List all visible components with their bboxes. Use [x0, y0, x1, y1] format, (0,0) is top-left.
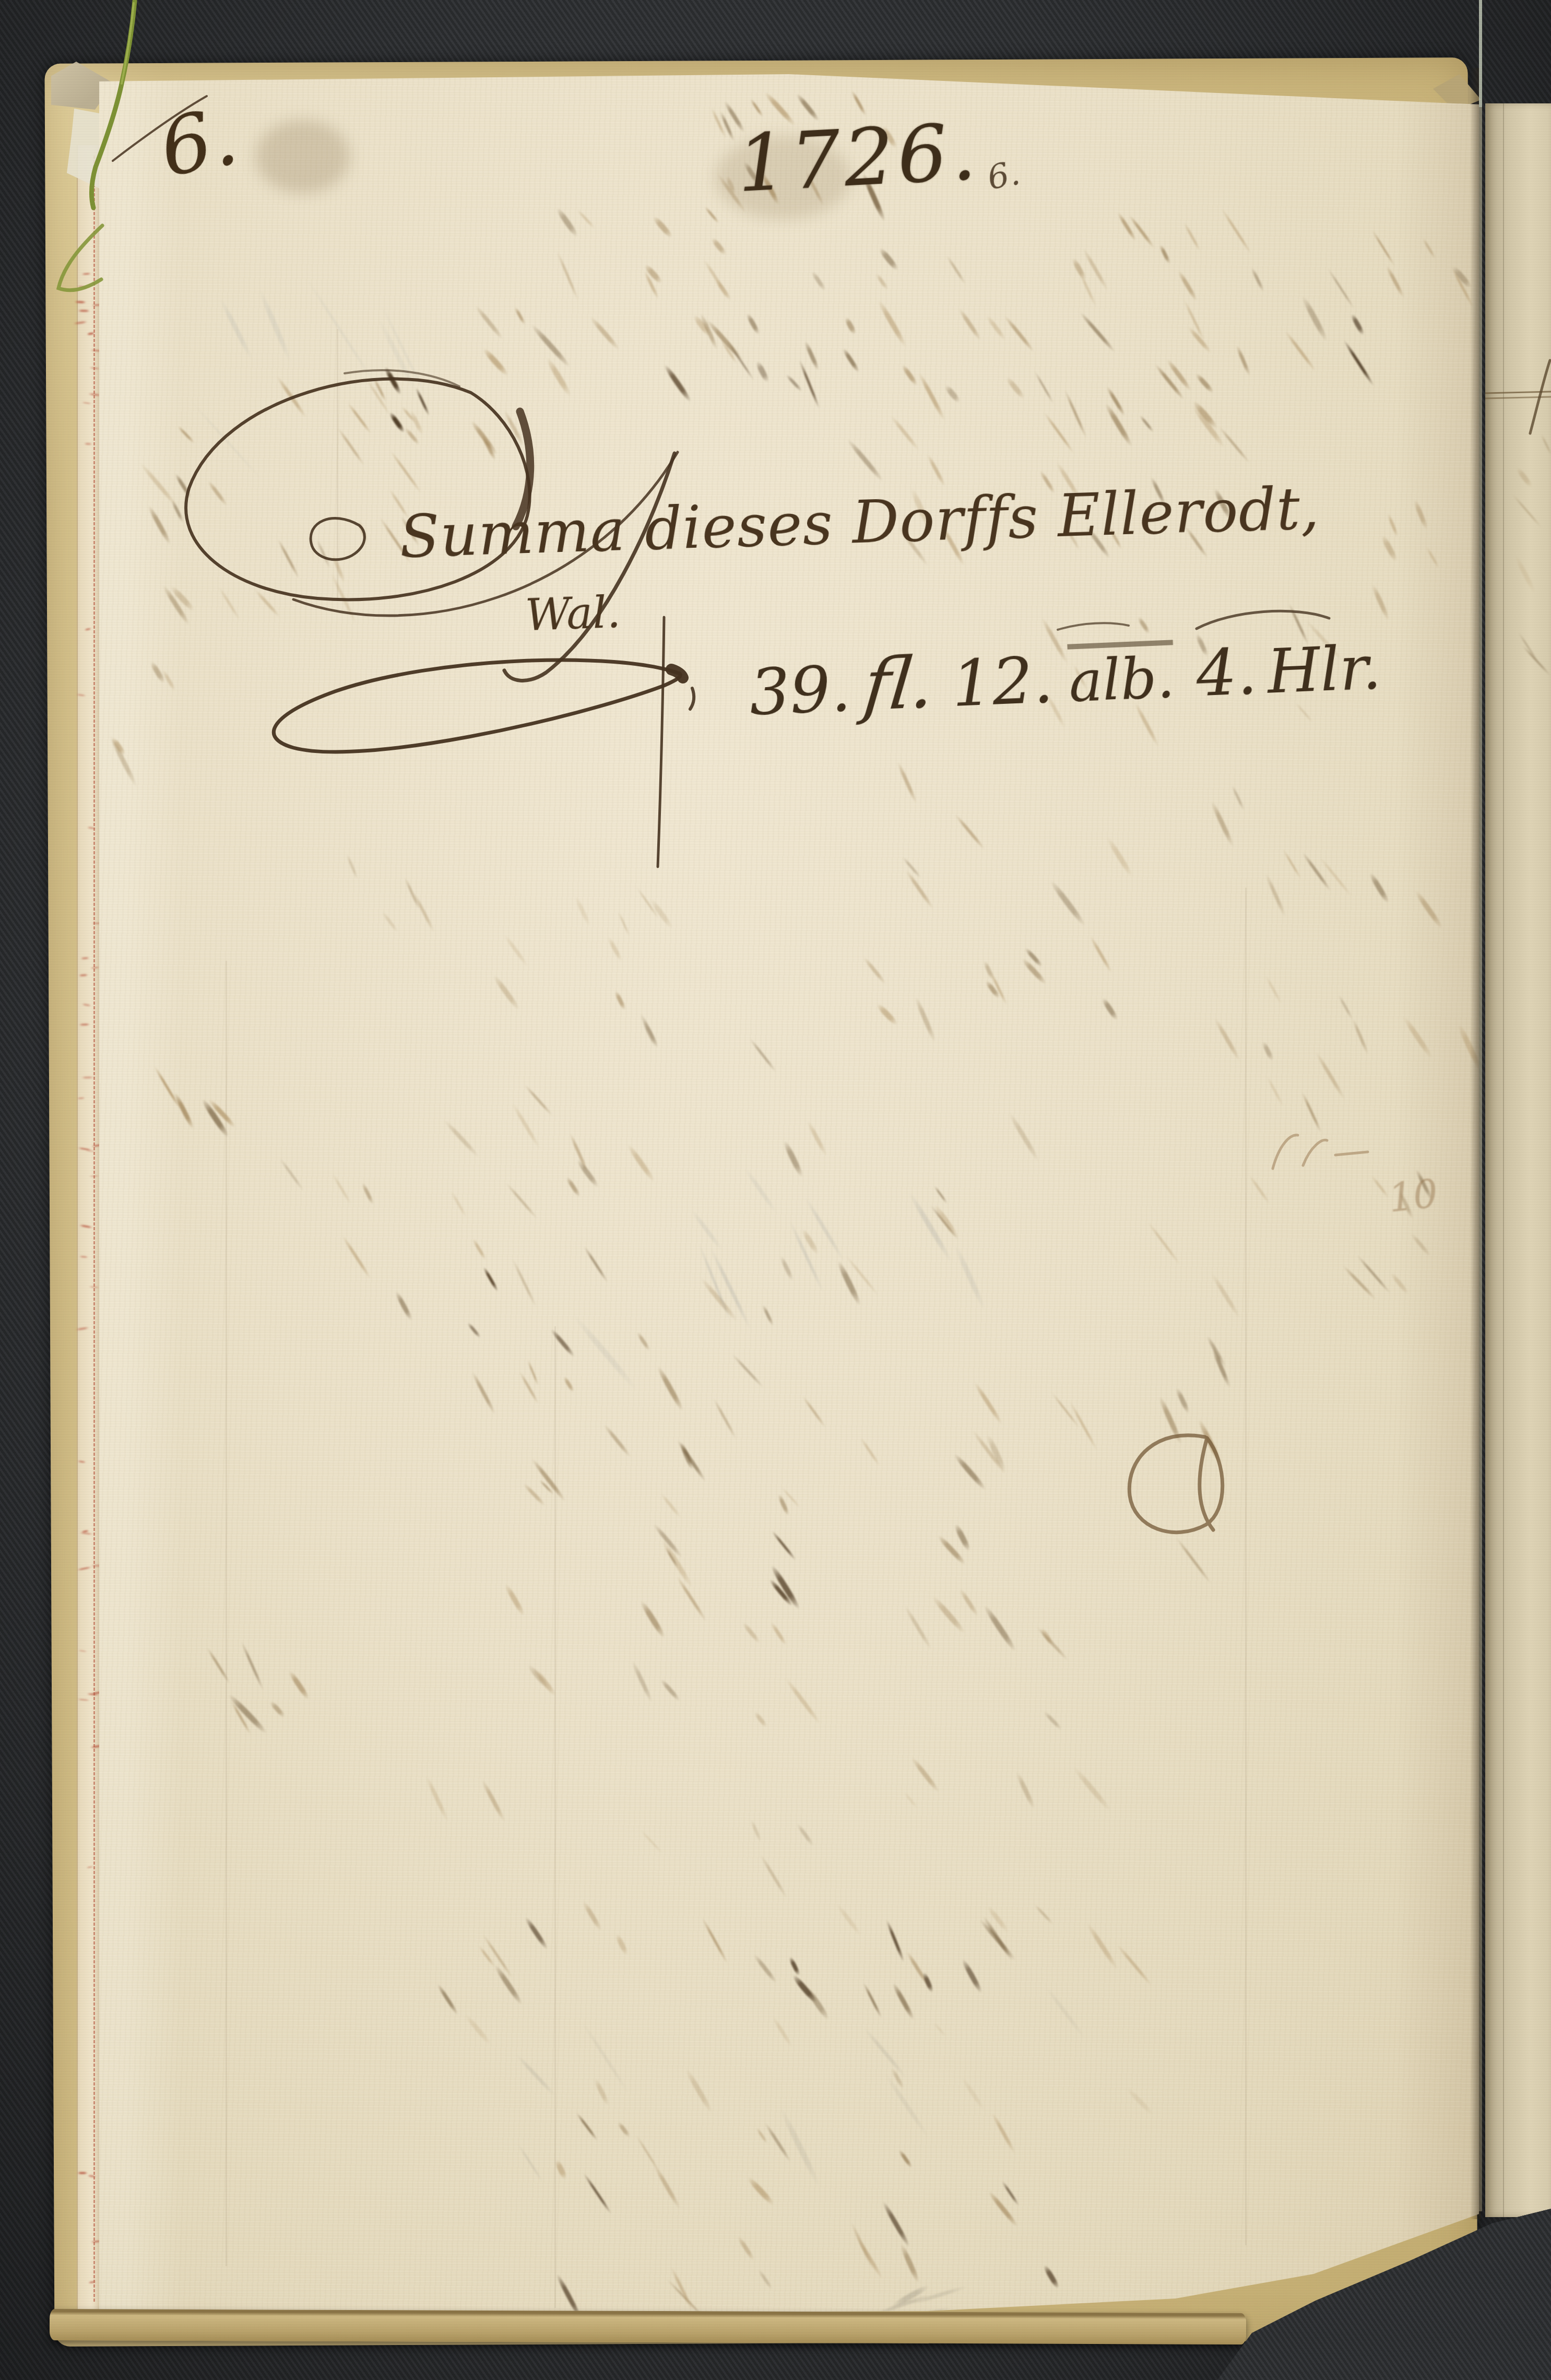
bleedthrough-stroke	[636, 1332, 650, 1352]
bleedthrough-stroke	[1266, 1076, 1284, 1107]
bleedthrough-stroke	[1039, 1627, 1055, 1646]
bleedthrough-stroke	[1024, 947, 1043, 968]
bleedthrough-stroke	[933, 2022, 946, 2037]
bleedthrough-stroke	[207, 1098, 237, 1129]
bleedthrough-stroke	[1426, 547, 1440, 569]
bleedthrough-stroke	[77, 2172, 88, 2174]
bleedthrough-stroke	[891, 1982, 915, 2021]
bleedthrough-stroke	[614, 990, 627, 1011]
bleedthrough-stroke	[218, 586, 241, 621]
bleedthrough-stroke	[1205, 1335, 1226, 1368]
bleedthrough-stroke	[731, 1353, 764, 1389]
bleedthrough-stroke	[1139, 415, 1155, 433]
bleedthrough-stroke	[550, 1328, 576, 1358]
bleedthrough-stroke	[571, 1313, 639, 1393]
bleedthrough-stroke	[415, 387, 430, 416]
bleedthrough-stroke	[933, 1185, 948, 1204]
bleedthrough-stroke	[1034, 371, 1055, 405]
bleedthrough-stroke	[78, 974, 88, 976]
bleedthrough-stroke	[768, 1578, 794, 1607]
page-block-bottom-edge	[50, 2309, 1246, 2344]
bleedthrough-stroke	[705, 319, 744, 362]
bleedthrough-stroke	[89, 1175, 100, 1177]
bleedthrough-stroke	[574, 896, 591, 927]
bleedthrough-stroke	[850, 2221, 875, 2271]
faint-margin-number: 10	[1387, 1171, 1440, 1221]
bleedthrough-stroke	[424, 1775, 449, 1822]
bleedthrough-stroke	[1043, 411, 1075, 454]
bleedthrough-stroke	[569, 1133, 589, 1173]
bleedthrough-stroke	[891, 2283, 930, 2308]
bleedthrough-stroke	[885, 1919, 905, 1963]
bleedthrough-stroke	[524, 1916, 549, 1950]
bleedthrough-stroke	[714, 278, 732, 301]
bleedthrough-stroke	[953, 1244, 987, 1311]
bleedthrough-stroke	[404, 877, 420, 910]
bleedthrough-stroke	[971, 1429, 1007, 1476]
bleedthrough-stroke	[492, 974, 521, 1011]
bleedthrough-stroke	[788, 1219, 825, 1294]
bleedthrough-stroke	[1003, 315, 1035, 354]
bleedthrough-stroke	[1036, 1626, 1069, 1662]
bleedthrough-stroke	[389, 450, 423, 494]
bleedthrough-stroke	[81, 402, 92, 404]
bleedthrough-stroke	[652, 215, 673, 239]
bleedthrough-stroke	[329, 572, 357, 624]
bleedthrough-stroke	[524, 1084, 553, 1117]
bleedthrough-stroke	[1104, 402, 1134, 447]
bleedthrough-stroke	[943, 384, 961, 404]
bleedthrough-stroke	[361, 1182, 374, 1205]
bleedthrough-stroke	[436, 1983, 459, 2016]
bleedthrough-stroke	[1319, 856, 1353, 898]
bleedthrough-stroke	[746, 2176, 775, 2207]
bleedthrough-stroke	[710, 107, 727, 139]
bleedthrough-stroke	[926, 453, 946, 487]
bleedthrough-stroke	[862, 2026, 908, 2080]
bleedthrough-stroke	[697, 1242, 732, 1324]
bleedthrough-stroke	[1008, 1111, 1041, 1162]
bleedthrough-stroke	[660, 1493, 681, 1518]
bleedthrough-stroke	[1044, 1985, 1086, 2039]
bleedthrough-stroke	[1105, 836, 1134, 878]
bleedthrough-stroke	[1211, 1346, 1232, 1388]
bleedthrough-stroke	[1126, 2087, 1154, 2116]
bleedthrough-stroke	[875, 273, 889, 290]
bleedthrough-stroke	[481, 347, 510, 378]
bleedthrough-stroke	[412, 892, 435, 933]
bleedthrough-stroke	[749, 1038, 777, 1073]
bleedthrough-stroke	[836, 1259, 862, 1306]
bleedthrough-stroke	[554, 2159, 568, 2181]
bleedthrough-stroke	[515, 2053, 557, 2098]
bleedthrough-stroke	[1191, 404, 1226, 449]
bleedthrough-stroke	[846, 438, 885, 482]
bleedthrough-stroke	[1187, 326, 1212, 354]
bleedthrough-stroke	[798, 359, 821, 409]
bleedthrough-stroke	[394, 1290, 413, 1321]
bleedthrough-stroke	[511, 1258, 537, 1308]
bleedthrough-stroke	[1413, 499, 1429, 530]
bleedthrough-stroke	[505, 1182, 538, 1220]
bleedthrough-stroke	[78, 310, 90, 312]
bleedthrough-stroke	[1213, 1017, 1241, 1062]
bleedthrough-stroke	[985, 980, 1001, 999]
bleedthrough-stroke	[957, 308, 982, 341]
bleedthrough-stroke	[576, 2112, 598, 2141]
bleedthrough-stroke	[381, 911, 399, 933]
bleedthrough-stroke	[87, 332, 95, 335]
bleedthrough-stroke	[1071, 257, 1087, 281]
bleedthrough-stroke	[153, 1066, 181, 1110]
bleedthrough-stroke	[862, 956, 887, 985]
bleedthrough-stroke	[1337, 994, 1353, 1020]
bleedthrough-stroke	[1175, 1537, 1212, 1585]
bleedthrough-stroke	[745, 313, 761, 336]
bleedthrough-stroke	[372, 377, 387, 403]
bleedthrough-stroke	[1085, 1922, 1119, 1971]
bleedthrough-stroke	[699, 1277, 739, 1323]
bleedthrough-stroke	[982, 1915, 1014, 1961]
bleedthrough-stroke	[771, 1530, 797, 1561]
bleedthrough-stroke	[762, 1304, 774, 1326]
bleedthrough-stroke	[652, 1523, 683, 1559]
bleedthrough-stroke	[639, 1599, 667, 1639]
bleedthrough-stroke	[1515, 467, 1533, 489]
bleedthrough-stroke	[257, 288, 293, 364]
bleedthrough-stroke	[1183, 222, 1201, 252]
bleedthrough-stroke	[81, 1003, 91, 1007]
bleedthrough-stroke	[563, 1376, 575, 1393]
bleedthrough-stroke	[701, 1917, 728, 1964]
bleedthrough-stroke	[337, 427, 365, 467]
bleedthrough-stroke	[769, 1621, 787, 1646]
bleedthrough-stroke	[464, 2013, 492, 2046]
bleedthrough-stroke	[76, 693, 86, 696]
bleedthrough-stroke	[189, 399, 265, 482]
bleedthrough-stroke	[1165, 358, 1192, 392]
bleedthrough-stroke	[617, 2121, 631, 2138]
bleedthrough-stroke	[753, 1711, 768, 1728]
bleedthrough-stroke	[741, 1621, 761, 1644]
bleedthrough-stroke	[905, 1951, 929, 1986]
bleedthrough-stroke	[676, 1439, 707, 1482]
bleedthrough-stroke	[1210, 1273, 1241, 1319]
bleedthrough-stroke	[147, 504, 172, 546]
bleedthrough-stroke	[556, 250, 580, 302]
bleedthrough-stroke	[1089, 935, 1113, 974]
bleedthrough-stroke	[1235, 345, 1251, 376]
bleedthrough-stroke	[982, 1604, 1018, 1653]
bleedthrough-stroke	[1137, 616, 1151, 634]
bleedthrough-stroke	[660, 1539, 694, 1589]
bleedthrough-stroke	[1342, 1265, 1377, 1301]
bleedthrough-stroke	[450, 1191, 467, 1218]
bleedthrough-stroke	[782, 1140, 804, 1179]
bleedthrough-stroke	[603, 1424, 632, 1458]
bleedthrough-stroke	[902, 856, 921, 879]
bleedthrough-stroke	[960, 2076, 986, 2111]
bleedthrough-stroke	[227, 1693, 268, 1736]
bleedthrough-stroke	[161, 584, 191, 627]
bleedthrough-stroke	[891, 2067, 905, 2090]
bleedthrough-stroke	[910, 1756, 941, 1794]
bleedthrough-stroke	[90, 967, 100, 969]
bleedthrough-stroke	[903, 1605, 933, 1651]
bleedthrough-stroke	[545, 357, 573, 397]
bleedthrough-stroke	[1540, 433, 1551, 455]
bleedthrough-stroke	[530, 323, 572, 369]
bleedthrough-stroke	[518, 1371, 539, 1405]
bleedthrough-stroke	[708, 1246, 752, 1331]
bleedthrough-stroke	[171, 499, 185, 523]
bleedthrough-stroke	[665, 1547, 679, 1569]
bleedthrough-stroke	[842, 347, 860, 373]
bleedthrough-stroke	[341, 1234, 372, 1280]
bleedthrough-stroke	[653, 2164, 681, 2210]
bleedthrough-stroke	[1157, 1395, 1183, 1445]
bleedthrough-stroke	[279, 1157, 305, 1192]
bleedthrough-stroke	[347, 402, 372, 434]
bleedthrough-stroke	[978, 1918, 1017, 1962]
bleedthrough-stroke	[804, 1985, 831, 2021]
bleedthrough-stroke	[862, 1982, 883, 2019]
bleedthrough-stroke	[684, 2068, 714, 2114]
bleedthrough-stroke	[87, 2174, 96, 2177]
bleedthrough-stroke	[269, 1700, 286, 1718]
bleedthrough-stroke	[635, 2134, 661, 2173]
bleedthrough-stroke	[1051, 1392, 1081, 1429]
bleedthrough-stroke	[618, 911, 631, 936]
bleedthrough-stroke	[844, 316, 857, 336]
bleedthrough-stroke	[639, 1012, 660, 1048]
bleedthrough-stroke	[1072, 1766, 1112, 1813]
bleedthrough-stroke	[1043, 2264, 1061, 2290]
bleedthrough-stroke	[276, 375, 307, 419]
manuscript-page: 6. 1726. 6. Summa dieses Dorffs Ellerodt…	[99, 73, 1479, 2318]
bleedthrough-stroke	[583, 1245, 609, 1283]
bleedthrough-stroke	[953, 1453, 987, 1491]
bleedthrough-stroke	[1264, 975, 1283, 1005]
bleedthrough-stroke	[149, 661, 167, 684]
bleedthrough-stroke	[1177, 270, 1198, 302]
bleedthrough-stroke	[1183, 299, 1205, 342]
bleedthrough-stroke	[161, 669, 176, 692]
bleedthrough-stroke	[779, 1255, 794, 1281]
bleedthrough-stroke	[76, 1566, 92, 1571]
bleedthrough-stroke	[855, 2235, 884, 2280]
bleedthrough-stroke	[780, 1487, 801, 1509]
page-edge-line	[1479, 0, 1482, 2211]
bleedthrough-stroke	[945, 255, 966, 285]
bleedthrough-stroke	[1368, 871, 1390, 904]
bleedthrough-stroke	[1117, 211, 1138, 242]
bleedthrough-stroke	[909, 2285, 968, 2306]
bleedthrough-stroke	[953, 1523, 972, 1552]
bleedthrough-stroke	[961, 1958, 984, 1994]
bleedthrough-stroke	[493, 1964, 524, 2006]
bleedthrough-stroke	[875, 1003, 899, 1027]
bleedthrough-stroke	[720, 339, 738, 364]
bleedthrough-stroke	[206, 1647, 231, 1684]
bleedthrough-stroke	[174, 473, 192, 499]
albus-value: 12.	[950, 643, 1055, 721]
bleedthrough-stroke	[1248, 1174, 1271, 1205]
bleedthrough-stroke	[1352, 1018, 1369, 1055]
bleedthrough-stroke	[991, 2112, 1016, 2154]
bleedthrough-stroke	[631, 1660, 654, 1703]
gulden-value: 39.	[748, 651, 853, 729]
bleedthrough-stroke	[111, 737, 127, 757]
bleedthrough-stroke	[1210, 800, 1235, 848]
bleedthrough-stroke	[79, 1256, 88, 1258]
bleedthrough-stroke	[1128, 214, 1156, 249]
bleedthrough-stroke	[388, 411, 406, 434]
bleedthrough-stroke	[1402, 1015, 1434, 1059]
bleedthrough-stroke	[803, 340, 820, 371]
bleedthrough-stroke	[607, 936, 623, 962]
bleedthrough-stroke	[803, 1196, 845, 1263]
bleedthrough-stroke	[835, 1903, 862, 1937]
bleedthrough-stroke	[796, 1823, 814, 1847]
bleedthrough-stroke	[482, 1933, 514, 1979]
summa-subline: Wal.	[524, 586, 621, 641]
bleedthrough-stroke	[1218, 426, 1251, 464]
bleedthrough-stroke	[88, 1286, 100, 1288]
bleedthrough-stroke	[583, 2173, 612, 2215]
bleedthrough-stroke	[973, 1381, 1004, 1426]
bleedthrough-stroke	[526, 1664, 550, 1690]
bleedthrough-stroke	[467, 1322, 482, 1338]
bleedthrough-stroke	[1069, 1401, 1098, 1452]
bleedthrough-stroke	[784, 1677, 822, 1725]
bleedthrough-stroke	[1300, 295, 1329, 343]
bleedthrough-stroke	[1315, 1051, 1346, 1101]
bleedthrough-stroke	[81, 1530, 89, 1533]
bleedthrough-stroke	[84, 443, 92, 445]
bleedthrough-stroke	[810, 270, 827, 291]
red-edge-ticks	[78, 145, 102, 2319]
heller-value: 4.	[1194, 634, 1258, 711]
bleedthrough-stroke	[931, 1595, 966, 1635]
bleedthrough-stroke	[383, 366, 402, 395]
bleedthrough-stroke	[522, 1482, 546, 1507]
bleedthrough-stroke	[1100, 997, 1119, 1021]
bleedthrough-stroke	[937, 1534, 967, 1566]
bleedthrough-stroke	[877, 299, 908, 348]
bleedthrough-stroke	[582, 1900, 603, 1931]
bleedthrough-stroke	[576, 209, 596, 229]
bleedthrough-stroke	[200, 1098, 231, 1138]
bleedthrough-stroke	[173, 1092, 195, 1130]
bleedthrough-stroke	[713, 1397, 738, 1440]
bleedthrough-stroke	[77, 1097, 85, 1099]
scanned-manuscript-photo: { "page": { "folio_number": "6.", "year_…	[0, 0, 1551, 2380]
bleedthrough-stroke	[750, 98, 764, 117]
bleedthrough-stroke	[376, 316, 419, 395]
bleedthrough-stroke	[800, 1228, 820, 1255]
bleedthrough-stroke	[581, 2021, 630, 2095]
bleedthrough-stroke	[1512, 493, 1543, 528]
bleedthrough-stroke	[676, 1576, 707, 1622]
bleedthrough-stroke	[1005, 376, 1026, 400]
bleedthrough-stroke	[1043, 1710, 1063, 1731]
bleedthrough-stroke	[471, 1371, 496, 1415]
bleedthrough-stroke	[511, 1102, 541, 1150]
bleedthrough-stroke	[1284, 330, 1317, 372]
bleedthrough-stroke	[77, 286, 88, 289]
bleedthrough-stroke	[78, 1649, 87, 1652]
bleedthrough-stroke	[769, 1564, 801, 1611]
bleedthrough-stroke	[1191, 400, 1218, 430]
bleedthrough-stroke	[670, 2266, 694, 2311]
bleedthrough-stroke	[985, 1433, 1008, 1473]
bleedthrough-stroke	[859, 1436, 881, 1467]
bleedthrough-stroke	[883, 2072, 930, 2139]
bleedthrough-stroke	[1422, 238, 1436, 260]
bleedthrough-stroke	[81, 1076, 94, 1078]
bleedthrough-stroke	[1282, 849, 1302, 880]
bleedthrough-stroke	[240, 1641, 265, 1691]
bleedthrough-stroke	[954, 814, 986, 850]
bleedthrough-stroke	[640, 1829, 663, 1854]
bleedthrough-stroke	[777, 1493, 790, 1516]
bleedthrough-stroke	[481, 434, 496, 461]
bleedthrough-stroke	[703, 259, 726, 293]
bleedthrough-stroke	[704, 206, 719, 224]
bleedthrough-stroke	[230, 1700, 252, 1736]
bleedthrough-stroke	[1079, 311, 1116, 353]
bleedthrough-stroke	[921, 1972, 934, 1993]
bleedthrough-stroke	[643, 263, 664, 285]
bleedthrough-stroke	[785, 374, 802, 392]
bleedthrough-stroke	[1001, 2180, 1020, 2206]
bleedthrough-stroke	[530, 1457, 567, 1502]
bleedthrough-stroke	[1159, 244, 1171, 264]
bleedthrough-stroke	[380, 303, 428, 398]
bleedthrough-stroke	[1231, 784, 1246, 811]
bleedthrough-stroke	[1414, 889, 1445, 930]
bleedthrough-stroke	[1380, 535, 1399, 562]
bleedthrough-stroke	[958, 1588, 980, 1618]
bleedthrough-stroke	[985, 315, 1007, 341]
bleedthrough-layer	[99, 73, 1479, 2318]
bleedthrough-stroke	[1106, 386, 1127, 417]
bleedthrough-stroke	[1078, 270, 1097, 307]
bleedthrough-stroke	[932, 1204, 960, 1240]
bleedthrough-stroke	[1385, 265, 1405, 298]
bleedthrough-stroke	[218, 297, 254, 361]
bleedthrough-stroke	[89, 367, 100, 369]
bleedthrough-stroke	[81, 273, 91, 275]
bleedthrough-stroke	[80, 957, 90, 959]
bleedthrough-stroke	[679, 1441, 695, 1470]
bleedthrough-stroke	[1250, 267, 1265, 292]
bleedthrough-stroke	[987, 2190, 1020, 2228]
bleedthrough-stroke	[539, 1479, 554, 1495]
bleedthrough-stroke	[986, 1905, 1010, 1934]
bleedthrough-stroke	[409, 410, 424, 435]
bleedthrough-stroke	[1175, 1387, 1191, 1415]
bleedthrough-stroke	[532, 1668, 557, 1697]
bleedthrough-stroke	[692, 314, 712, 338]
bleedthrough-stroke	[743, 1167, 778, 1214]
bleedthrough-stroke	[1301, 852, 1332, 892]
bleedthrough-stroke	[929, 1204, 959, 1240]
bleedthrough-stroke	[1370, 583, 1391, 621]
bleedthrough-stroke	[662, 363, 693, 403]
year-heading: 1726.	[735, 107, 982, 210]
